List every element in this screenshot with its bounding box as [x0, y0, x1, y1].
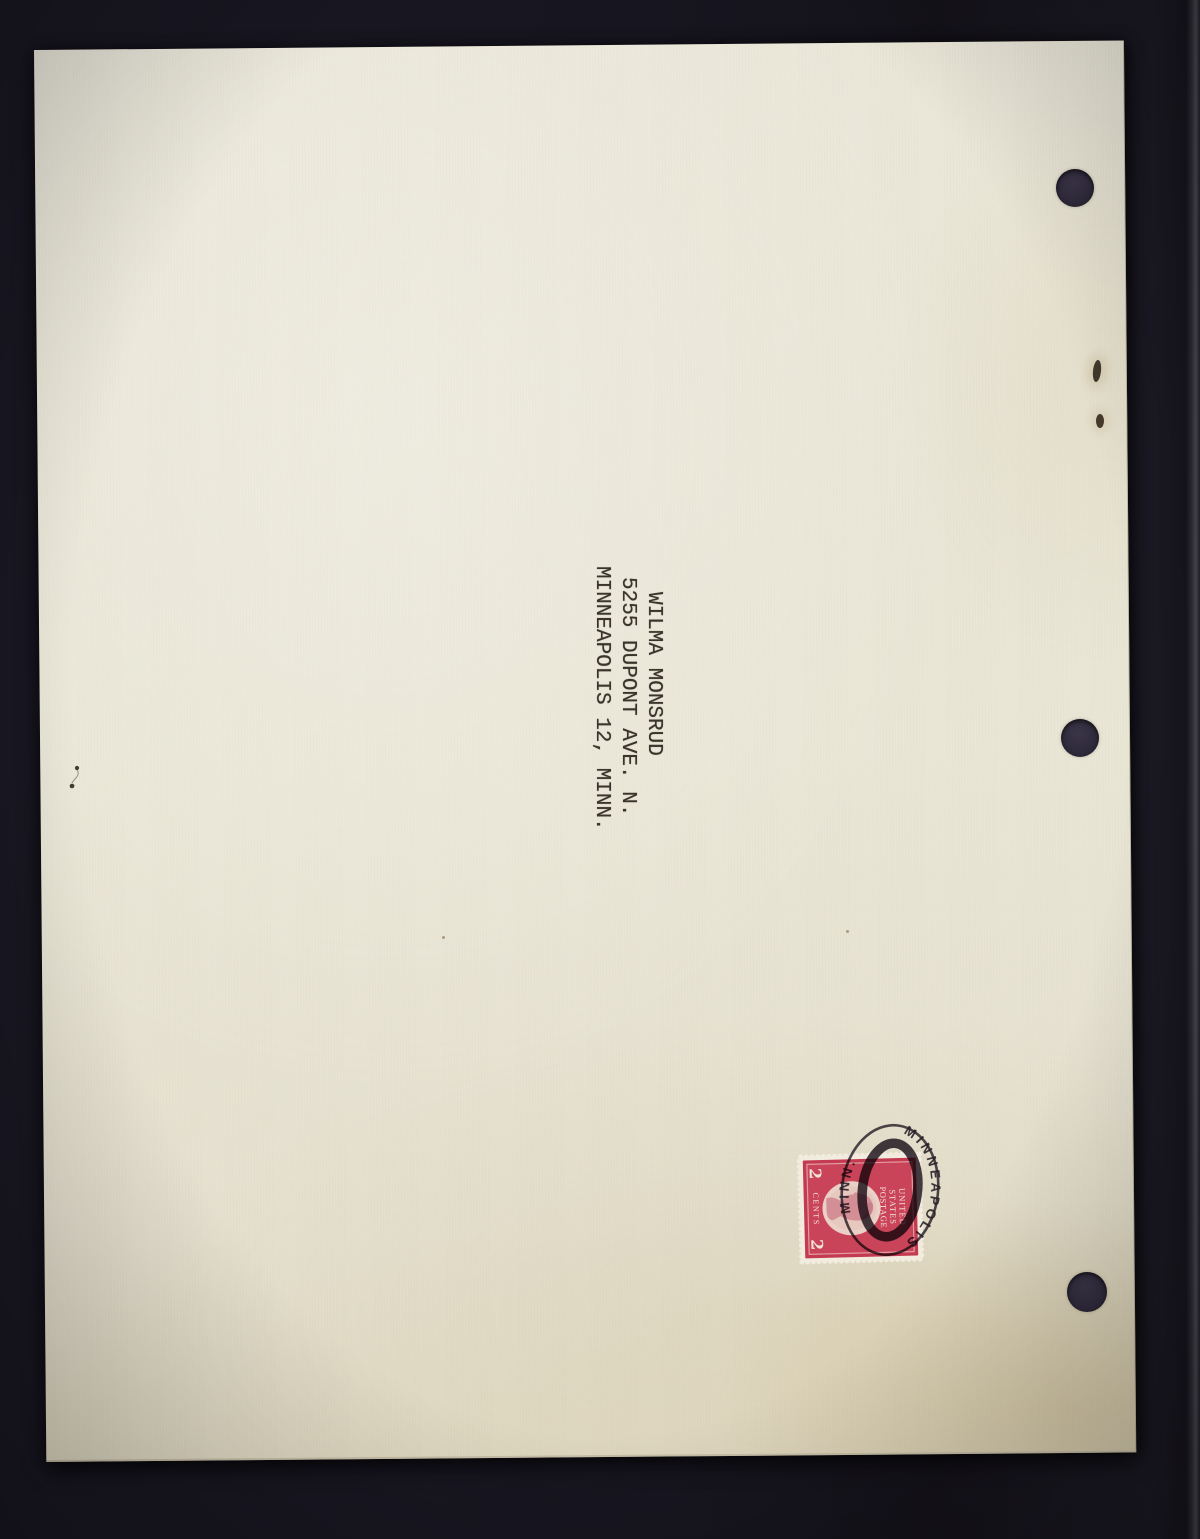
scan-background: WILMA MONSRUD 5255 DUPONT AVE. N. MINNEA…: [0, 0, 1200, 1539]
address-line: WILMA MONSRUD: [640, 566, 666, 838]
address-line: MINNEAPOLIS 12, MINN.: [588, 566, 614, 838]
address-line: 5255 DUPONT AVE. N.: [614, 566, 640, 838]
album-page-edge: [1186, 0, 1200, 1539]
hole-punch: [1061, 719, 1099, 757]
stamp-denomination-left: 2: [805, 1168, 824, 1180]
paper-speck: [442, 936, 445, 939]
paper-speck: [846, 930, 849, 933]
address-block: WILMA MONSRUD 5255 DUPONT AVE. N. MINNEA…: [588, 566, 666, 838]
postage-stamp-area: UNITED STATES POSTAGE 2 CENTS 2 MINNEAPO…: [768, 1088, 972, 1302]
paper-stain: [1096, 414, 1104, 428]
stamp-denomination-right: 2: [807, 1239, 826, 1251]
hole-punch: [1067, 1272, 1107, 1312]
stamp-denomination-unit: CENTS: [811, 1192, 821, 1226]
pencil-mark: [62, 758, 92, 800]
hole-punch: [1056, 169, 1094, 207]
